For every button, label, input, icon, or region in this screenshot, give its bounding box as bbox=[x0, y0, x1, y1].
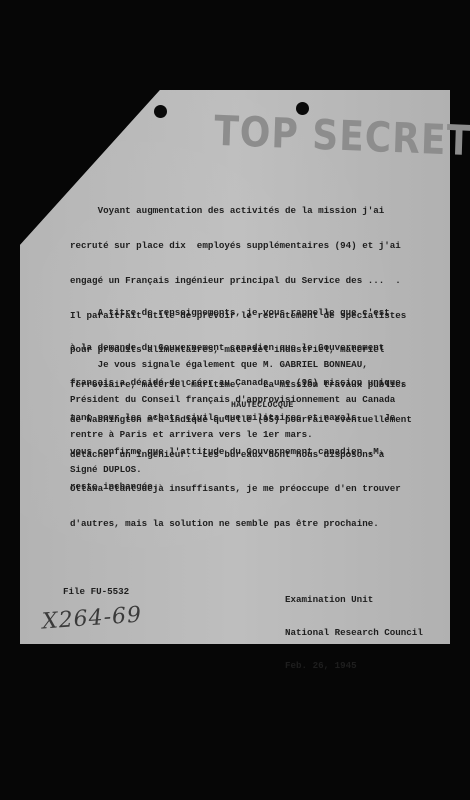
text-line: A titre de renseignements, je vous rappe… bbox=[70, 307, 406, 319]
text-line: d'autres, mais la solution ne semble pas… bbox=[70, 518, 412, 530]
text-line: Je vous signale également que M. GABRIEL… bbox=[70, 359, 395, 371]
text-line: Voyant augmentation des activités de la … bbox=[70, 205, 412, 217]
text-line: rentre à Paris et arrivera vers le 1er m… bbox=[70, 429, 395, 441]
text-line: recruté sur place dix employés supplémen… bbox=[70, 240, 412, 252]
footer-line: National Research Council bbox=[285, 627, 423, 638]
top-secret-stamp: TOP SECRET bbox=[214, 108, 415, 163]
footer-line: Examination Unit bbox=[285, 594, 423, 605]
text-line: Signé DUPLOS. bbox=[70, 464, 395, 476]
signature: HAUTECLOCQUE bbox=[231, 400, 294, 412]
footer-date: Feb. 26, 1945 bbox=[285, 660, 423, 671]
file-reference: File FU-5532 bbox=[63, 586, 129, 598]
punch-hole bbox=[154, 105, 167, 118]
footer-block: Examination Unit National Research Counc… bbox=[285, 572, 423, 682]
